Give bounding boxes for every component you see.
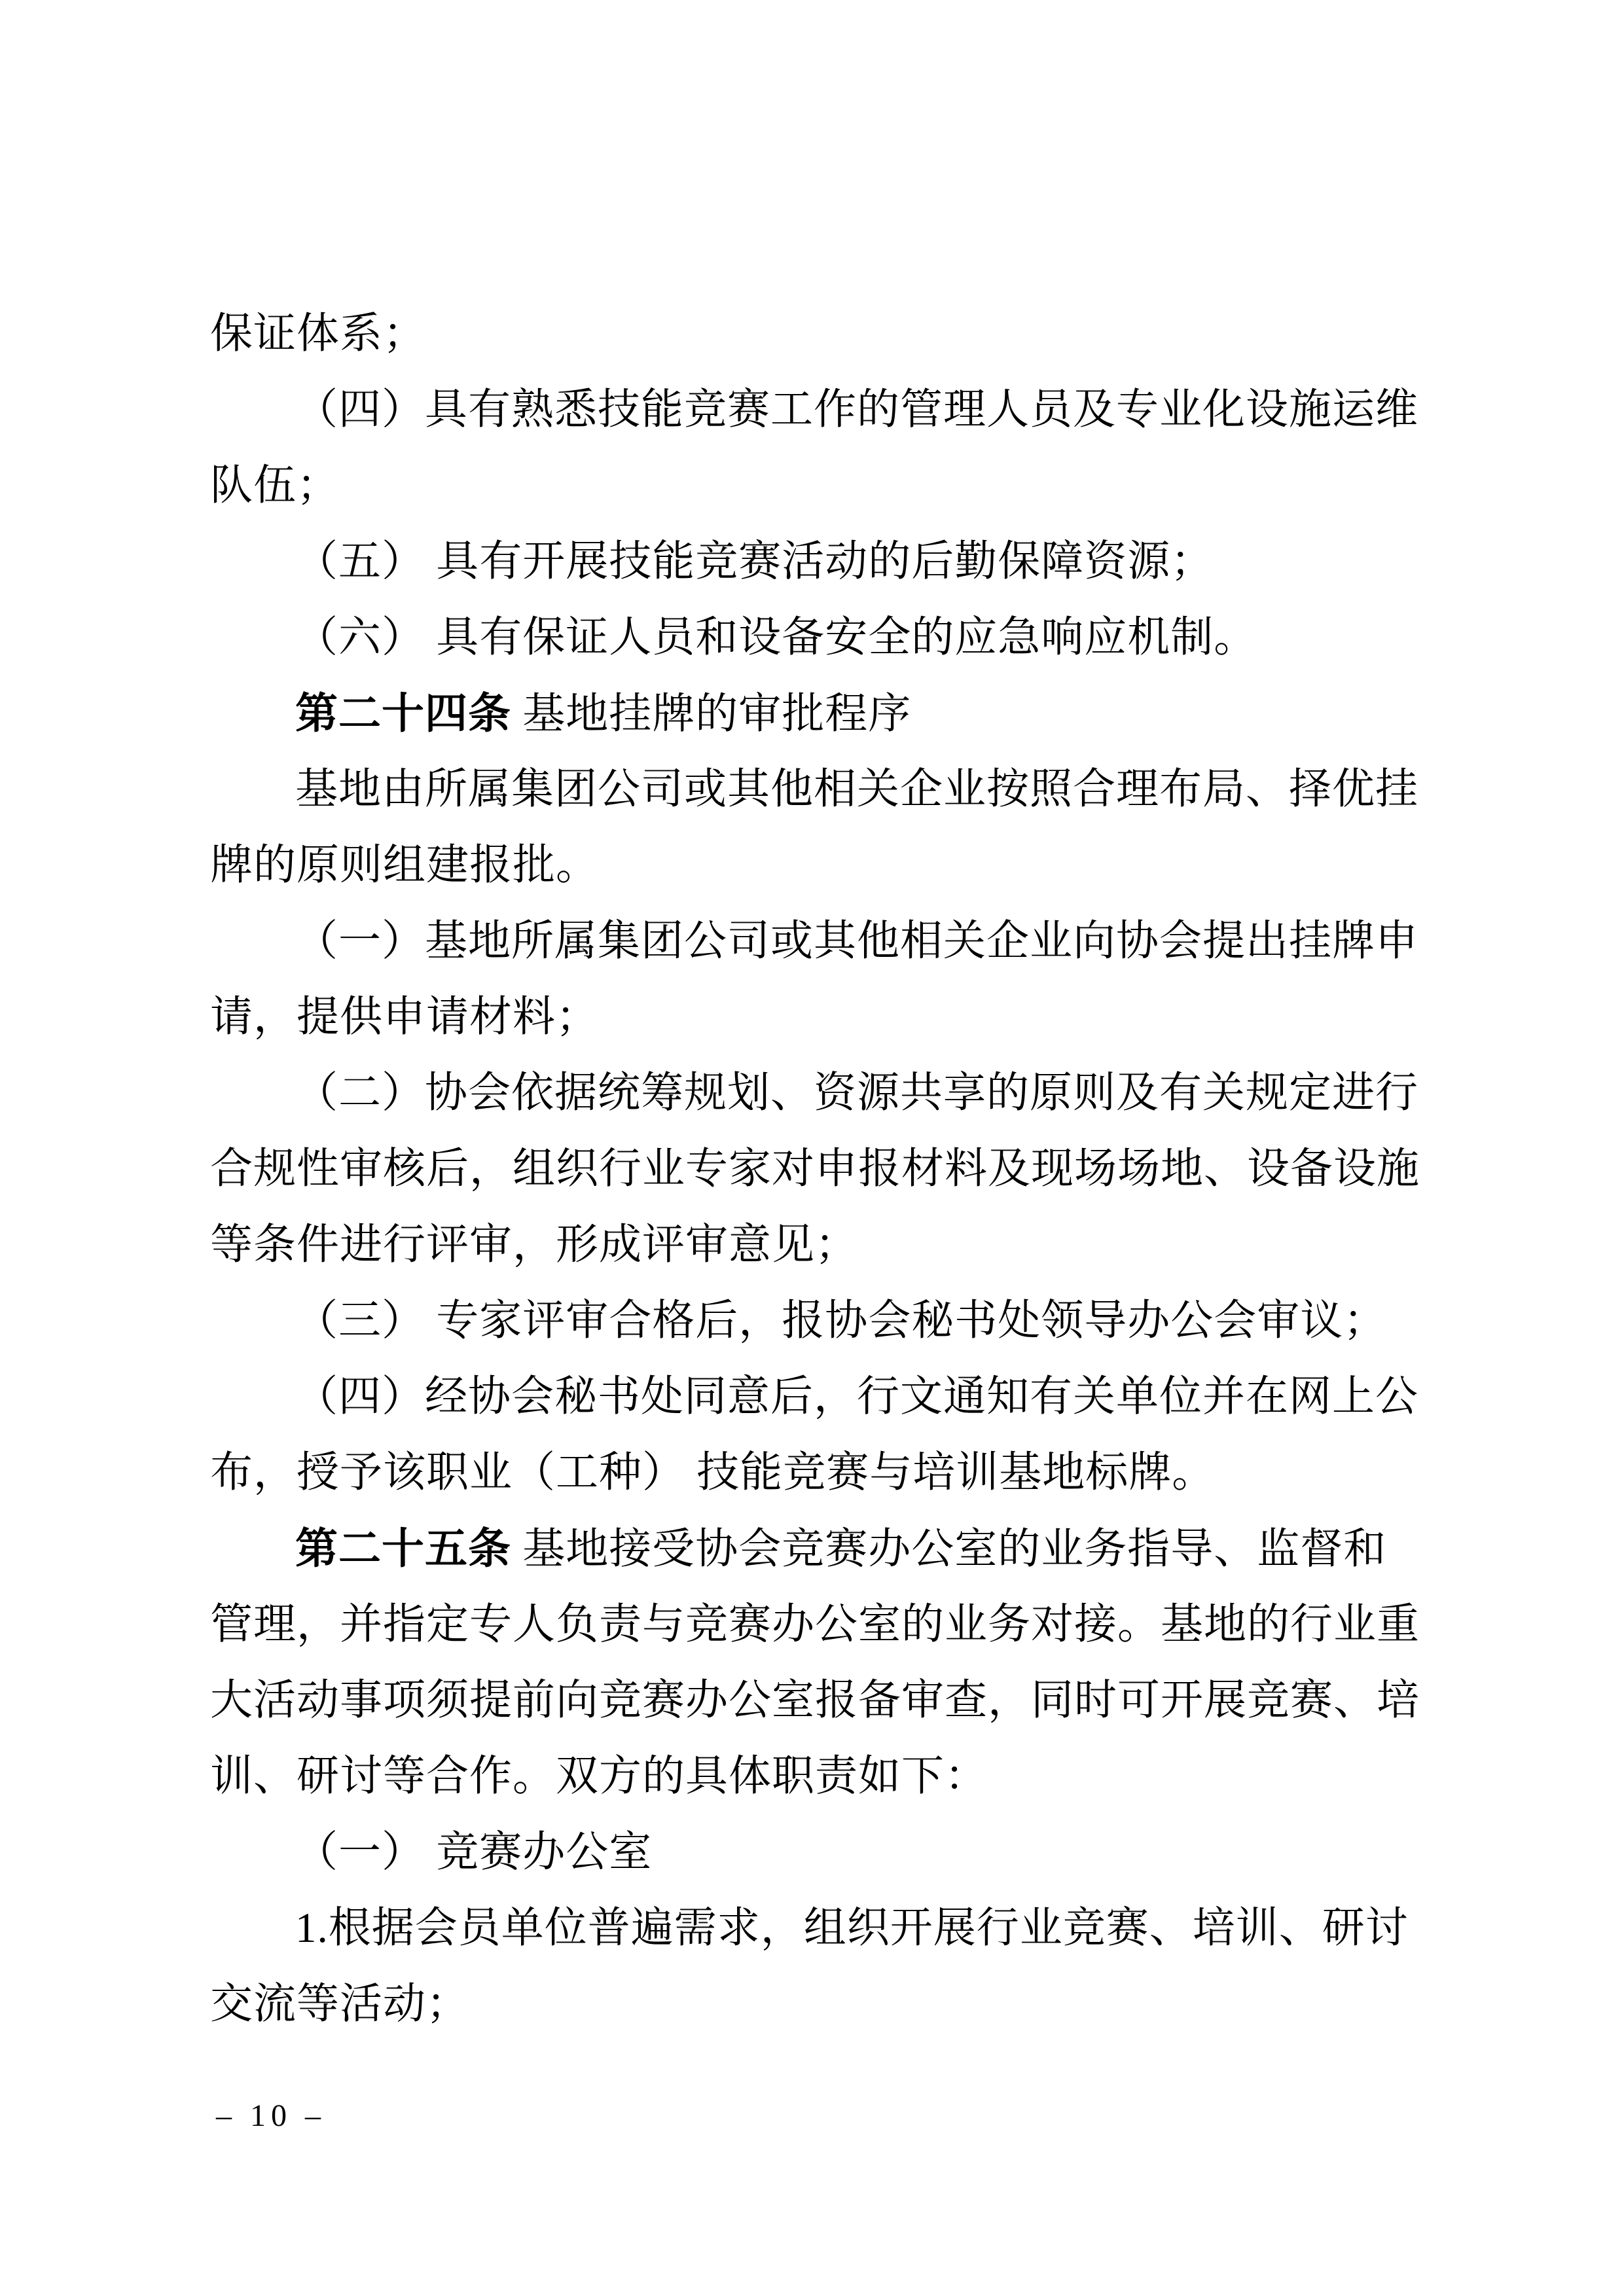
- text-line: （六） 具有保证人员和设备安全的应急响应机制。: [210, 600, 1441, 675]
- text-line: 交流等活动；: [210, 1966, 1441, 2042]
- text-line: 布，授予该职业（工种） 技能竞赛与培训基地标牌。: [210, 1435, 1441, 1511]
- line-text: （五） 具有开展技能竞赛活动的后勤保障资源；: [295, 538, 1214, 585]
- line-text: 基地接受协会竞赛办公室的业务指导、监督和: [511, 1526, 1386, 1573]
- line-text: 合规性审核后，组织行业专家对申报材料及现场场地、设备设施: [210, 1145, 1420, 1193]
- text-line: 第二十四条 基地挂牌的审批程序: [210, 675, 1441, 751]
- line-text: 布，授予该职业（工种） 技能竞赛与培训基地标牌。: [210, 1449, 1215, 1496]
- text-line: 等条件进行评审，形成评审意见；: [210, 1207, 1441, 1283]
- line-text: 保证体系；: [210, 310, 426, 357]
- line-text: 大活动事项须提前向竞赛办公室报备审查，同时可开展竞赛、培: [210, 1677, 1420, 1724]
- text-line: （二）协会依据统筹规划、资源共享的原则及有关规定进行: [210, 1055, 1441, 1131]
- line-text: （一）基地所属集团公司或其他相关企业向协会提出挂牌申: [295, 918, 1418, 965]
- line-text: 牌的原则组建报批。: [210, 842, 599, 889]
- text-line: （四）经协会秘书处同意后，行文通知有关单位并在网上公: [210, 1359, 1441, 1435]
- text-line: 请，提供申请材料；: [210, 979, 1441, 1055]
- text-line: 基地由所属集团公司或其他相关企业按照合理布局、择优挂: [210, 751, 1441, 827]
- document-page: 保证体系；（四）具有熟悉技能竞赛工作的管理人员及专业化设施运维队伍；（五） 具有…: [0, 0, 1624, 2296]
- page-footer: – 10 –: [216, 2098, 326, 2134]
- line-text: （四）具有熟悉技能竞赛工作的管理人员及专业化设施运维: [295, 386, 1418, 433]
- line-text: 等条件进行评审，形成评审意见；: [210, 1221, 858, 1268]
- article-number: 第二十四条: [295, 689, 511, 737]
- line-text: （三） 专家评审合格后，报协会秘书处领导办公会审议；: [295, 1297, 1386, 1344]
- text-line: 训、研讨等合作。双方的具体职责如下：: [210, 1738, 1441, 1814]
- line-text: 基地由所属集团公司或其他相关企业按照合理布局、择优挂: [295, 766, 1418, 813]
- text-line: 保证体系；: [210, 296, 1441, 372]
- line-text: 训、研讨等合作。双方的具体职责如下：: [210, 1753, 988, 1800]
- article-number: 第二十五条: [295, 1524, 511, 1572]
- text-line: 合规性审核后，组织行业专家对申报材料及现场场地、设备设施: [210, 1131, 1441, 1207]
- line-text: 1.根据会员单位普遍需求，组织开展行业竞赛、培训、研讨: [295, 1905, 1409, 1952]
- text-line: 管理，并指定专人负责与竞赛办公室的业务对接。基地的行业重: [210, 1587, 1441, 1662]
- line-text: （六） 具有保证人员和设备安全的应急响应机制。: [295, 614, 1257, 661]
- line-text: （二）协会依据统筹规划、资源共享的原则及有关规定进行: [295, 1069, 1418, 1117]
- text-line: （一）基地所属集团公司或其他相关企业向协会提出挂牌申: [210, 903, 1441, 979]
- text-line: 队伍；: [210, 448, 1441, 524]
- line-text: 基地挂牌的审批程序: [511, 691, 911, 738]
- text-line: 牌的原则组建报批。: [210, 827, 1441, 903]
- line-text: （一） 竞赛办公室: [295, 1829, 652, 1876]
- text-line: 第二十五条 基地接受协会竞赛办公室的业务指导、监督和: [210, 1511, 1441, 1587]
- text-line: 大活动事项须提前向竞赛办公室报备审查，同时可开展竞赛、培: [210, 1662, 1441, 1738]
- line-text: 交流等活动；: [210, 1981, 469, 2028]
- document-body: 保证体系；（四）具有熟悉技能竞赛工作的管理人员及专业化设施运维队伍；（五） 具有…: [210, 296, 1441, 2042]
- text-line: （四）具有熟悉技能竞赛工作的管理人员及专业化设施运维: [210, 372, 1441, 448]
- text-line: （一） 竞赛办公室: [210, 1814, 1441, 1890]
- line-text: 请，提供申请材料；: [210, 994, 599, 1041]
- line-text: （四）经协会秘书处同意后，行文通知有关单位并在网上公: [295, 1373, 1418, 1420]
- text-line: （五） 具有开展技能竞赛活动的后勤保障资源；: [210, 524, 1441, 600]
- text-line: 1.根据会员单位普遍需求，组织开展行业竞赛、培训、研讨: [210, 1890, 1441, 1966]
- line-text: 管理，并指定专人负责与竞赛办公室的业务对接。基地的行业重: [210, 1601, 1420, 1648]
- line-text: 队伍；: [210, 462, 340, 509]
- page-number: – 10 –: [216, 2098, 326, 2133]
- text-line: （三） 专家评审合格后，报协会秘书处领导办公会审议；: [210, 1283, 1441, 1359]
